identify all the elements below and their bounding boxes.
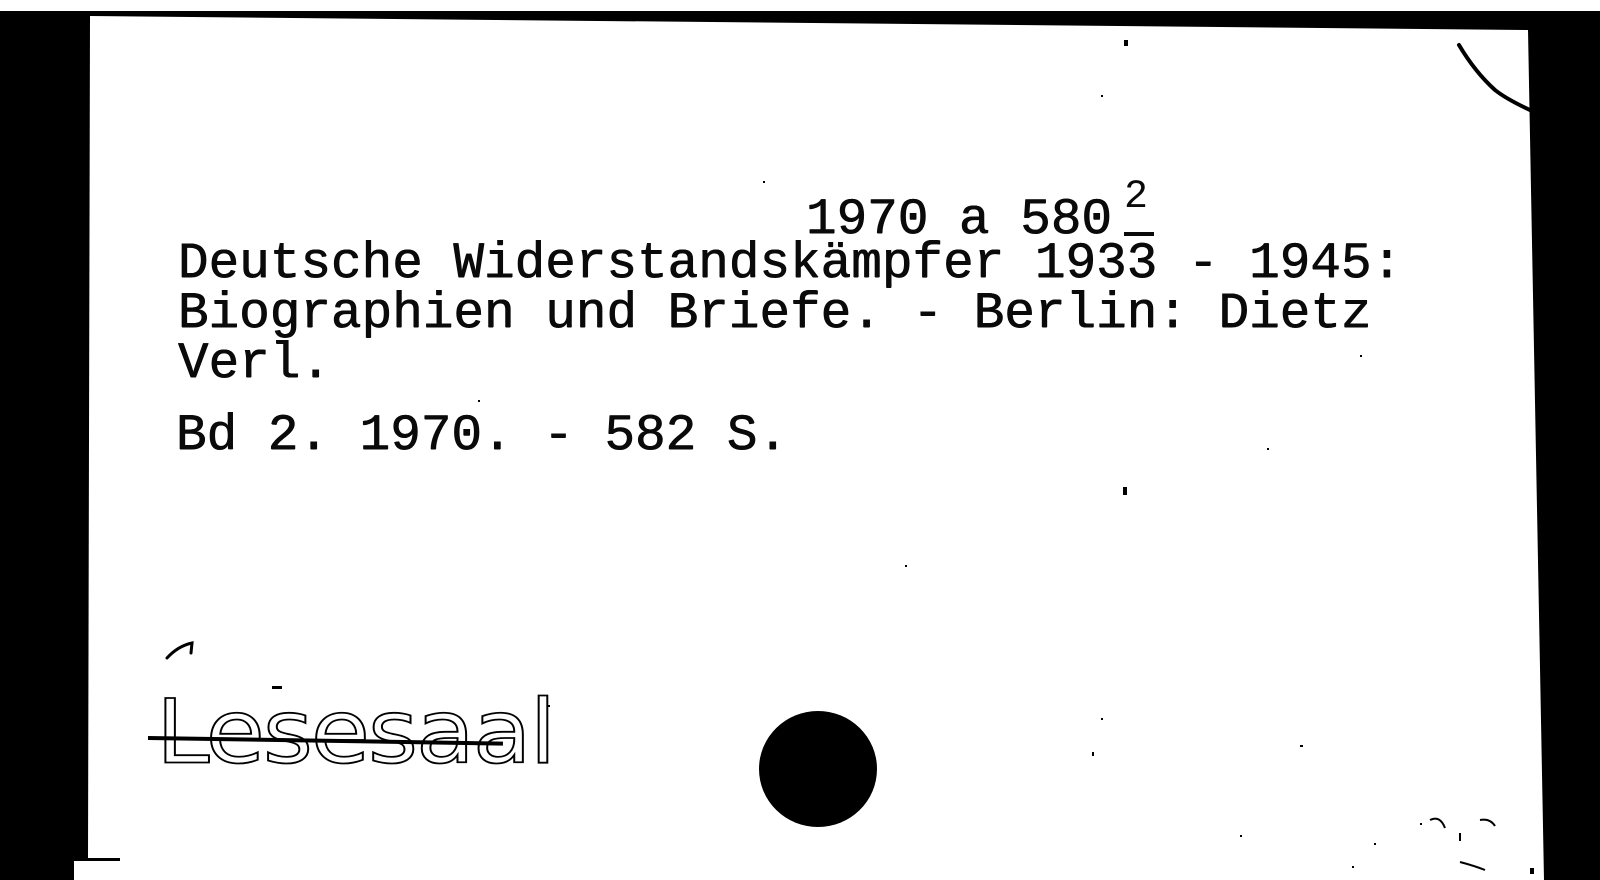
scan-canvas: 1970 a 580 2 Deutsche Widerstandskämpfer… xyxy=(0,0,1600,880)
title-block: Deutsche Widerstandskämpfer 1933 - 1945:… xyxy=(178,240,1402,390)
card-edge-mark xyxy=(74,858,120,861)
lesesaal-stamp: Lesesaal xyxy=(156,688,554,776)
title-line-3: Verl. xyxy=(178,336,331,393)
punch-hole xyxy=(759,711,877,827)
title-line-1: Deutsche Widerstandskämpfer 1933 - 1945: xyxy=(178,236,1402,293)
title-line-2: Biographien und Briefe. - Berlin: Dietz xyxy=(178,286,1372,343)
volume-line: Bd 2. 1970. - 582 S. xyxy=(176,412,788,462)
call-number-suffix: 2 xyxy=(1124,178,1148,218)
